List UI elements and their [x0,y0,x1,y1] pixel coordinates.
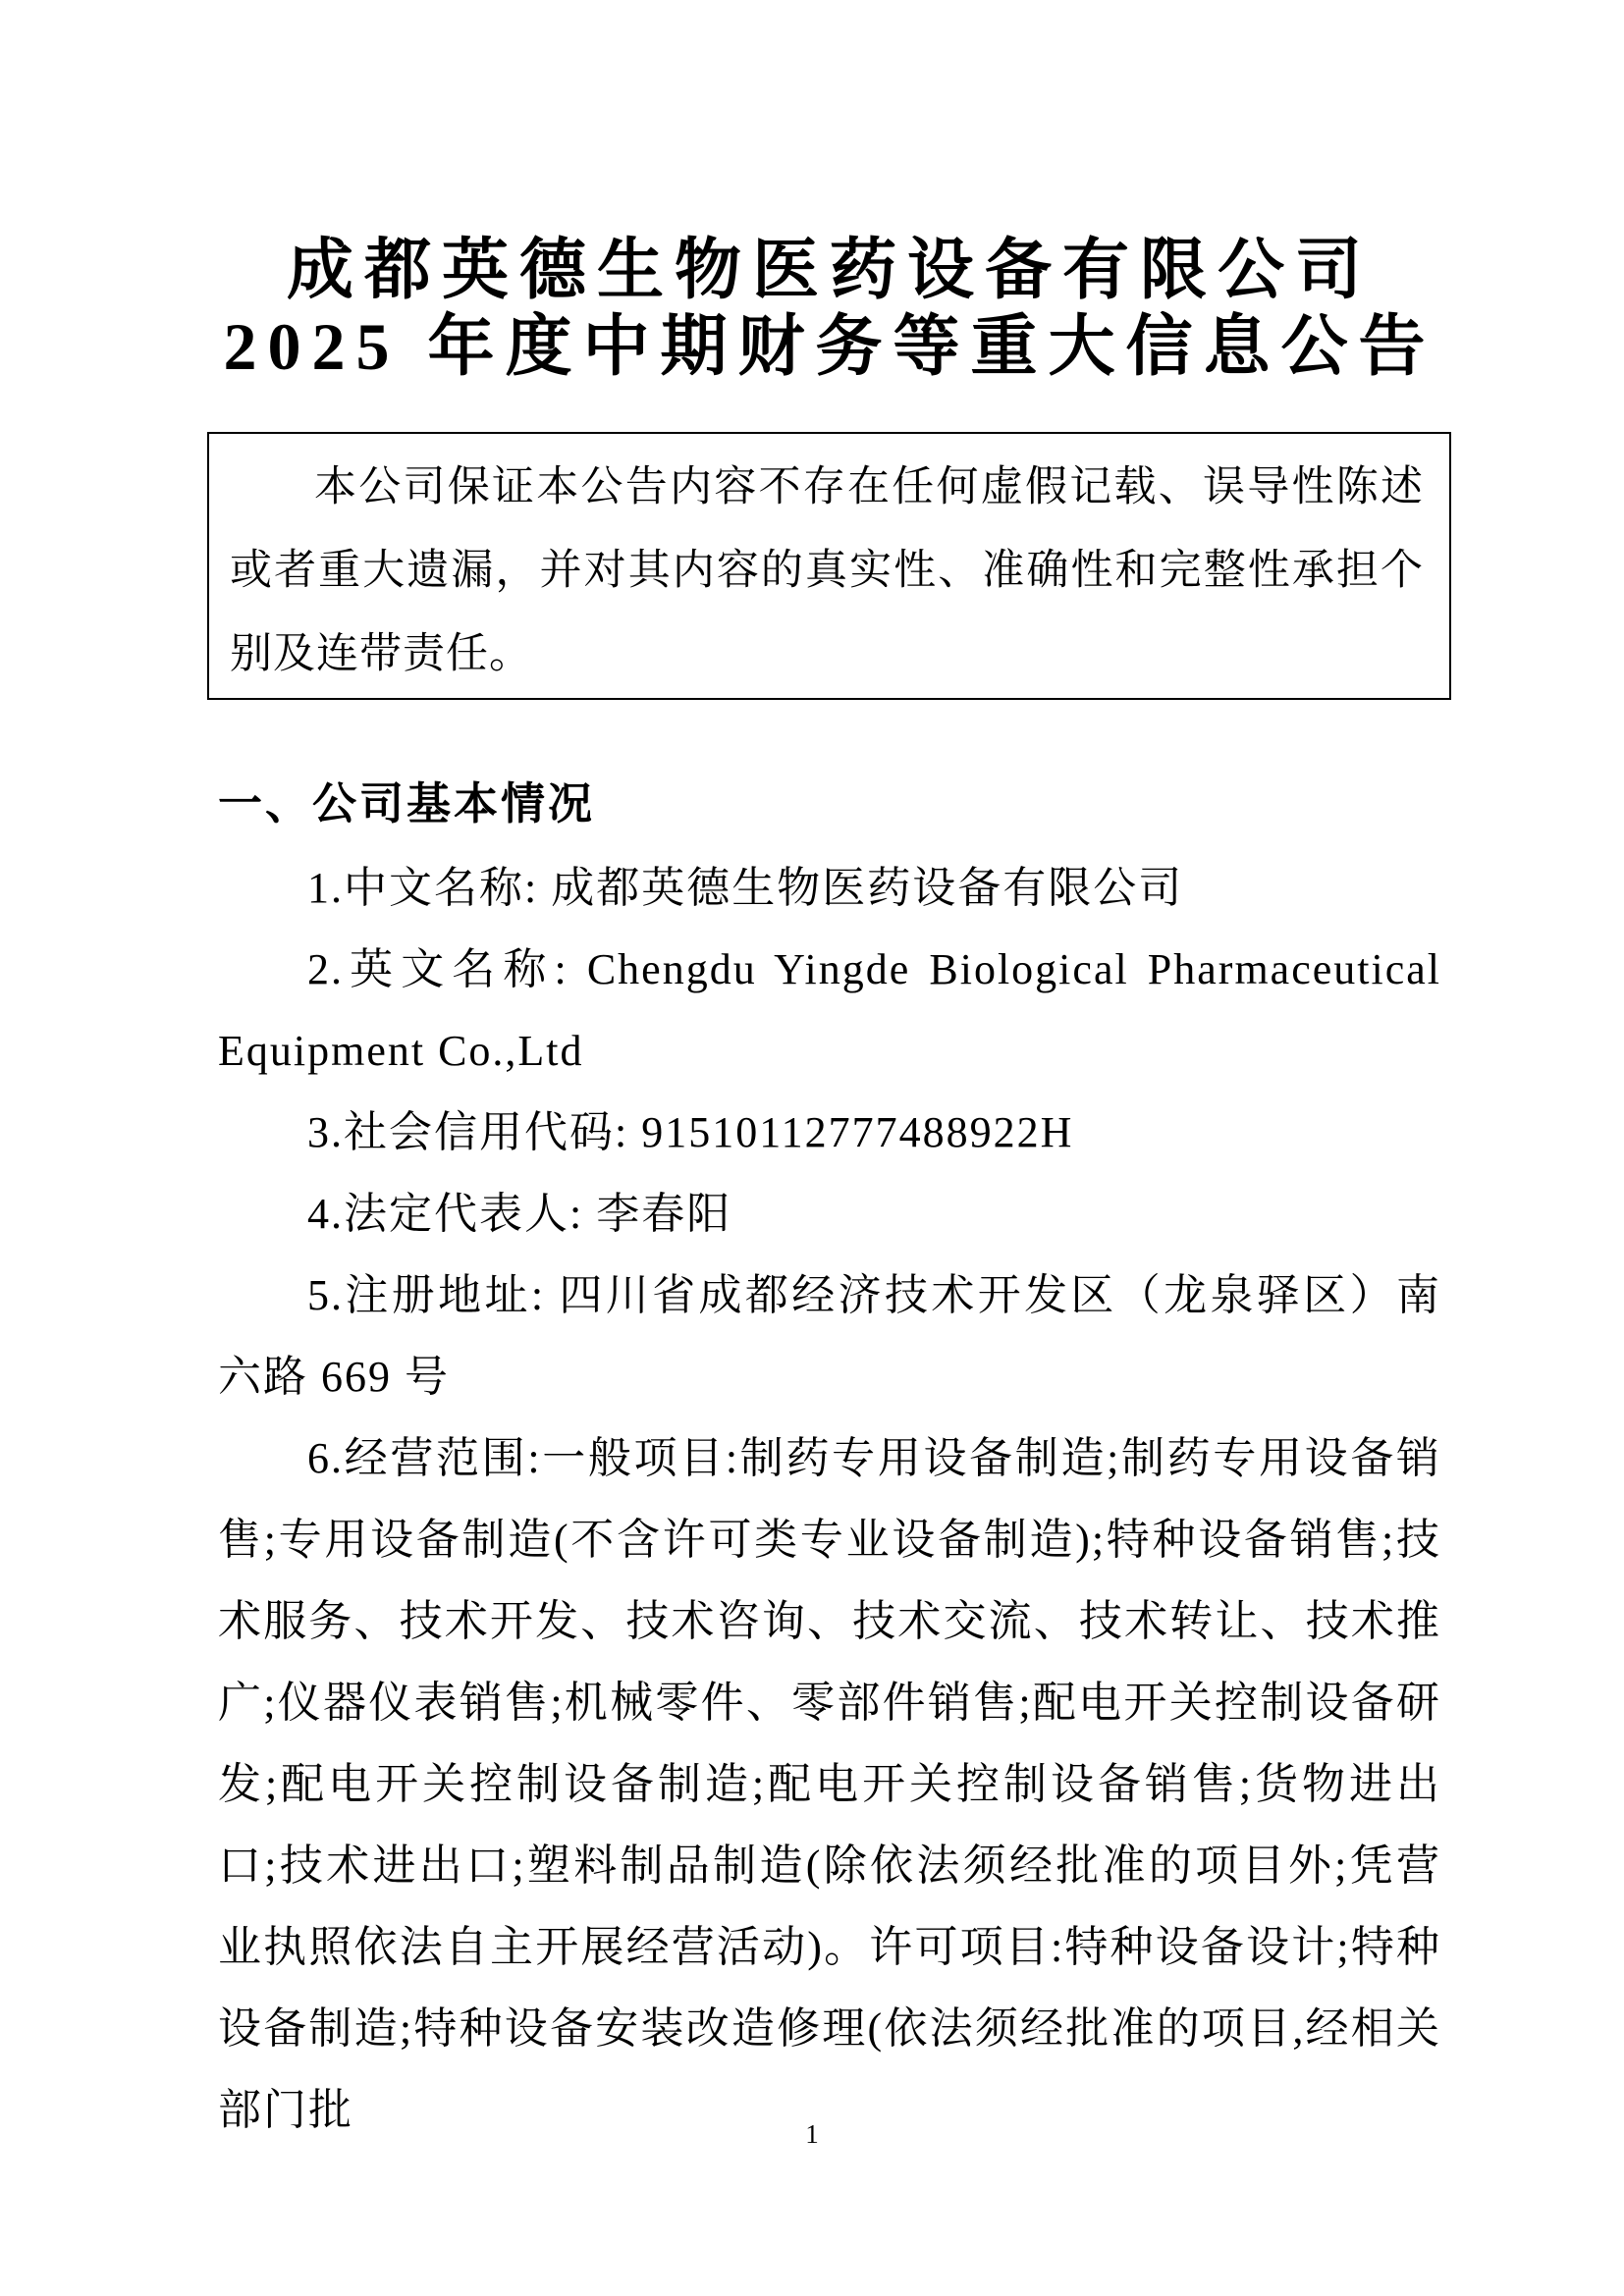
document-title-line1: 成都英德生物医药设备有限公司 [287,233,1373,307]
page-number: 1 [0,2118,1624,2150]
item-legal-representative: 4.法定代表人: 李春阳 [218,1173,1441,1255]
document-title: 成都英德生物医药设备有限公司 2025 年度中期财务等重大信息公告 [218,0,1441,385]
item-business-scope: 6.经营范围:一般项目:制药专用设备制造;制药专用设备销售;专用设备制造(不含许… [218,1417,1441,2151]
item-registered-address: 5.注册地址: 四川省成都经济技术开发区（龙泉驿区）南六路 669 号 [218,1255,1441,1417]
item-credit-code: 3.社会信用代码: 91510112777488922H [218,1092,1441,1173]
company-info-list: 1.中文名称: 成都英德生物医药设备有限公司 2.英文名称: Chengdu Y… [218,847,1441,2151]
item-company-name-en: 2.英文名称: Chengdu Yingde Biological Pharma… [218,929,1441,1092]
disclaimer-box: 本公司保证本公告内容不存在任何虚假记载、误导性陈述或者重大遗漏，并对其内容的真实… [207,432,1451,700]
section-heading: 一、公司基本情况 [218,778,1441,829]
disclaimer-text: 本公司保证本公告内容不存在任何虚假记载、误导性陈述或者重大遗漏，并对其内容的真实… [230,446,1424,696]
document-content: 成都英德生物医药设备有限公司 2025 年度中期财务等重大信息公告 本公司保证本… [0,0,1624,2151]
item-company-name-cn: 1.中文名称: 成都英德生物医药设备有限公司 [218,847,1441,929]
document-page: 成都英德生物医药设备有限公司 2025 年度中期财务等重大信息公告 本公司保证本… [0,0,1624,2296]
document-title-line2: 2025 年度中期财务等重大信息公告 [223,309,1435,384]
